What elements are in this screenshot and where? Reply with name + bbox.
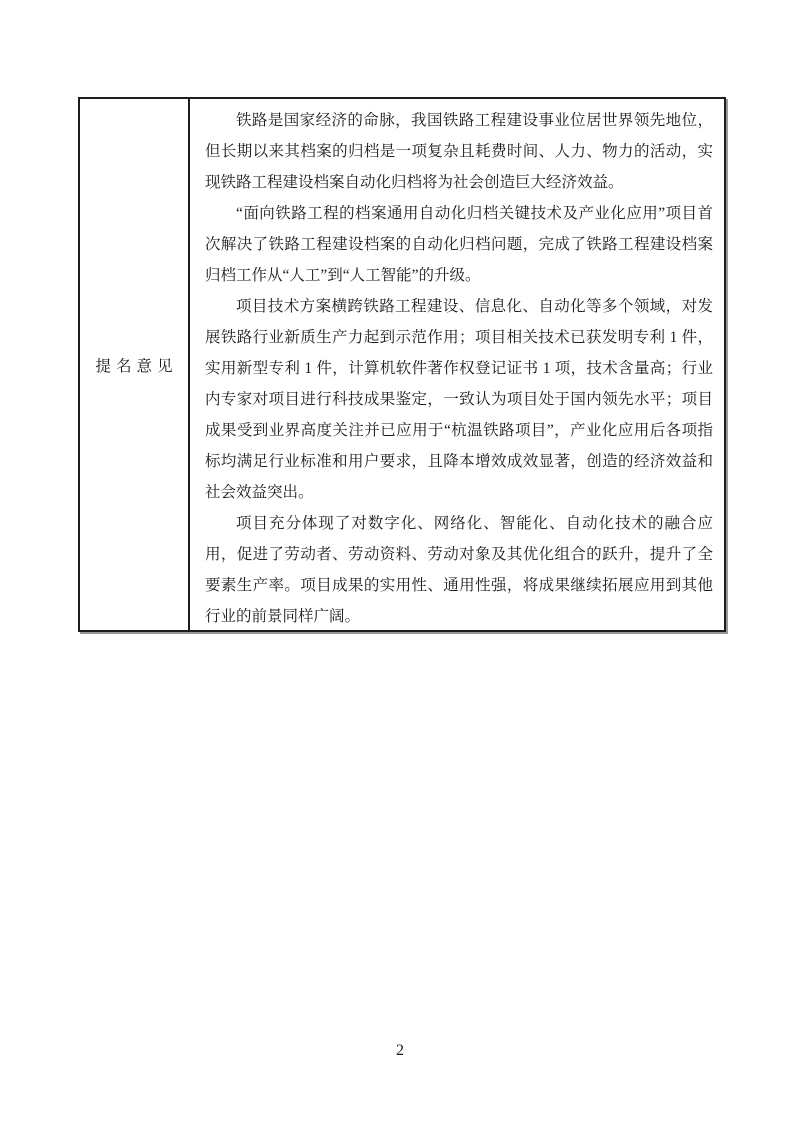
page-number: 2 [0, 1042, 800, 1060]
nomination-paragraph-3: 项目技术方案横跨铁路工程建设、信息化、自动化等多个领域，对发展铁路行业新质生产力… [205, 291, 713, 508]
nomination-paragraph-4: 项目充分体现了对数字化、网络化、智能化、自动化技术的融合应用，促进了劳动者、劳动… [205, 508, 713, 630]
nomination-table: 提名意见 铁路是国家经济的命脉，我国铁路工程建设事业位居世界领先地位，但长期以来… [78, 97, 726, 632]
nomination-paragraph-2: “面向铁路工程的档案通用自动化归档关键技术及产业化应用”项目首次解决了铁路工程建… [205, 198, 713, 291]
row-label-cell: 提名意见 [80, 99, 190, 630]
nomination-paragraph-1: 铁路是国家经济的命脉，我国铁路工程建设事业位居世界领先地位，但长期以来其档案的归… [205, 105, 713, 198]
row-label: 提名意见 [95, 354, 177, 376]
document-page: 提名意见 铁路是国家经济的命脉，我国铁路工程建设事业位居世界领先地位，但长期以来… [0, 0, 800, 1131]
nomination-content-cell: 铁路是国家经济的命脉，我国铁路工程建设事业位居世界领先地位，但长期以来其档案的归… [190, 99, 724, 630]
